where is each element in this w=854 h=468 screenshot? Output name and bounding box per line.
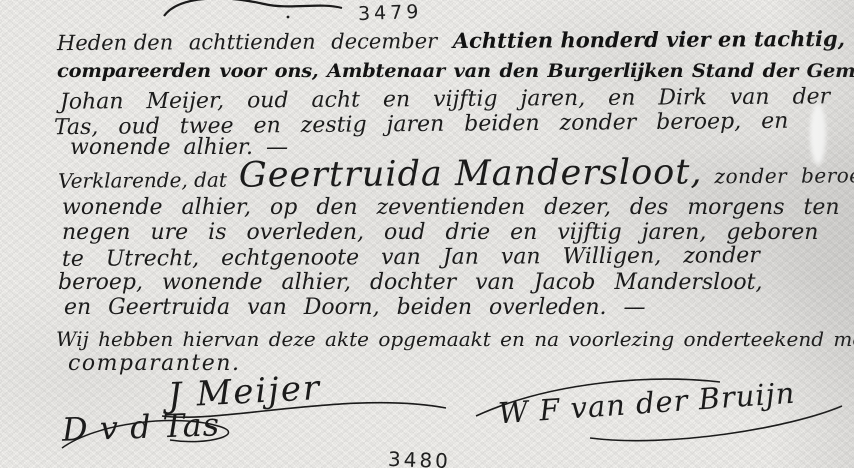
- act-number-bottom: 3480: [388, 447, 452, 468]
- signature-tas: D v d Tas: [61, 405, 220, 448]
- act-line-deceased-name: Verklarende, dat Geertruida Mandersloot,…: [58, 152, 854, 196]
- text-month: december: [331, 30, 437, 54]
- signature-official: W F van der Bruijn: [497, 376, 796, 431]
- act-line-birthplace-spouse: te Utrecht, echtgenoote van Jan van Will…: [62, 244, 760, 272]
- previous-entry-stroke: [160, 0, 360, 20]
- paper-blotch: [810, 103, 826, 165]
- text-year: Achttien honderd vier en tachtig,: [453, 27, 845, 52]
- text-compareerden: compareerden voor ons, Ambtenaar van den…: [57, 60, 854, 82]
- act-line-opening-date: Heden den achttienden december Achttien …: [57, 27, 845, 55]
- text-zonder-beroep: zonder beroep: [714, 164, 854, 187]
- act-line-mother: en Geertruida van Doorn, beiden overlede…: [64, 296, 646, 320]
- text-day: achttienden: [189, 31, 316, 55]
- act-line-death-date: wonende alhier, op den zeventienden deze…: [62, 196, 840, 220]
- text-verklarende: Verklarende, dat: [58, 169, 227, 192]
- act-line-closing: Wij hebben hiervan deze akte opgemaakt e…: [56, 328, 854, 350]
- text-heden-den: Heden den: [57, 31, 173, 55]
- act-line-death-time-age: negen ure is overleden, oud drie en vijf…: [62, 221, 818, 245]
- death-certificate-scan: 3479 Heden den achttienden december Acht…: [0, 0, 854, 468]
- act-number-top: 3479: [358, 1, 423, 25]
- act-line-father: beroep, wonende alhier, dochter van Jaco…: [58, 271, 763, 295]
- act-line-registrar: compareerden voor ons, Ambtenaar van den…: [57, 61, 854, 82]
- deceased-name: Geertruida Mandersloot,: [239, 153, 703, 195]
